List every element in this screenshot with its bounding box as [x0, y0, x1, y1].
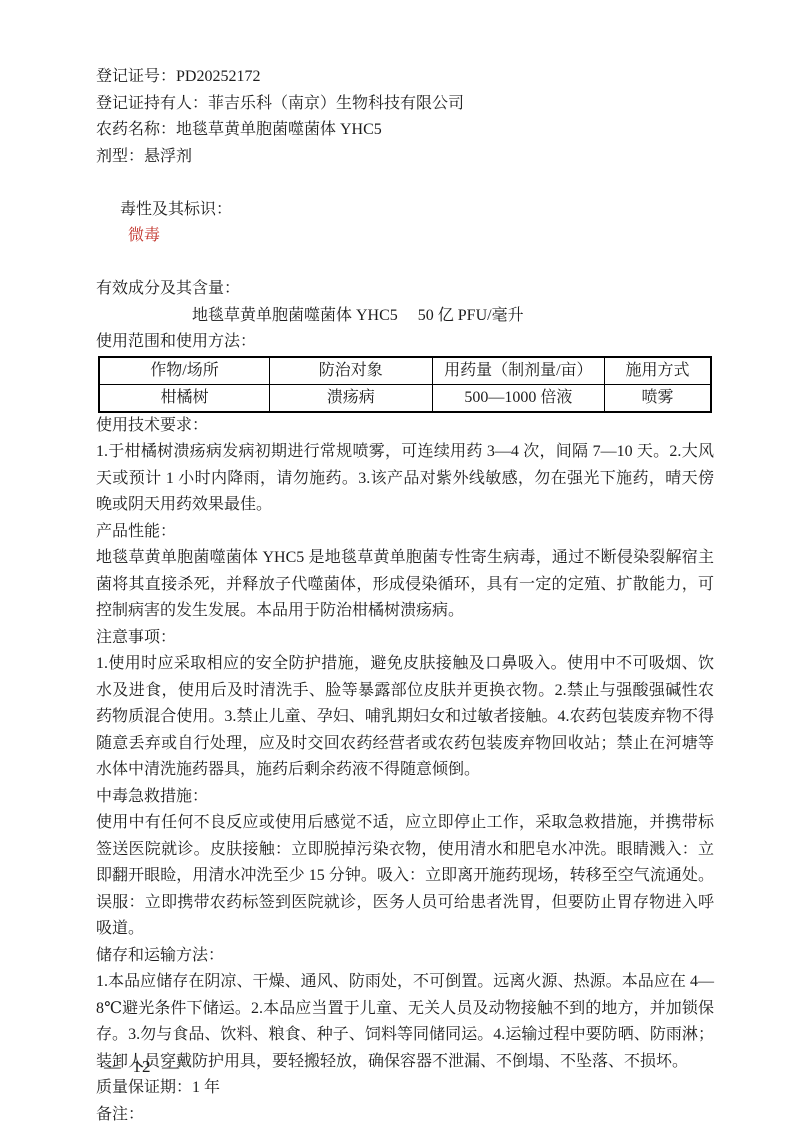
section-title: 中毒急救措施： [96, 784, 714, 811]
document-page: 登记证号：PD20252172 登记证持有人：菲吉乐科（南京）生物科技有限公司 … [0, 0, 794, 1123]
table-row: 柑橘树 溃疡病 500—1000 倍液 喷雾 [99, 384, 711, 412]
section-title: 产品性能： [96, 519, 714, 546]
ingredient-heading: 有效成分及其含量： [96, 276, 714, 303]
section-body: 1.使用时应采取相应的安全防护措施，避免皮肤接触及口鼻吸入。使用中不可吸烟、饮水… [96, 651, 714, 784]
section-title: 注意事项： [96, 625, 714, 652]
document-content: 登记证号：PD20252172 登记证持有人：菲吉乐科（南京）生物科技有限公司 … [96, 64, 714, 1123]
toxicity-label: 毒性及其标识： [120, 201, 232, 218]
section-product-performance: 产品性能： 地毯草黄单胞菌噬菌体 YHC5 是地毯草黄单胞菌专性寄生病毒，通过不… [96, 519, 714, 625]
section-body: 1.本品应储存在阴凉、干燥、通风、防雨处，不可倒置。远离火源、热源。本品应在 4… [96, 969, 714, 1075]
table-header-control-target: 防治对象 [270, 357, 433, 385]
table-cell-crop: 柑橘树 [99, 384, 270, 412]
section-precautions: 注意事项： 1.使用时应采取相应的安全防护措施，避免皮肤接触及口鼻吸入。使用中不… [96, 625, 714, 784]
table-header-dosage: 用药量（制剂量/亩） [432, 357, 605, 385]
field-registration-holder: 登记证持有人：菲吉乐科（南京）生物科技有限公司 [96, 91, 714, 118]
section-body: 地毯草黄单胞菌噬菌体 YHC5 是地毯草黄单胞菌专性寄生病毒，通过不断侵染裂解宿… [96, 545, 714, 625]
quality-guarantee-line: 质量保证期：1 年 [96, 1075, 714, 1102]
field-pesticide-name: 农药名称：地毯草黄单胞菌噬菌体 YHC5 [96, 117, 714, 144]
table-header-crop-site: 作物/场所 [99, 357, 270, 385]
page-number: — 12 — [104, 1057, 180, 1077]
section-title: 储存和运输方法： [96, 943, 714, 970]
section-title: 使用技术要求： [96, 413, 714, 440]
table-cell-disease: 溃疡病 [270, 384, 433, 412]
table-cell-method: 喷雾 [605, 384, 711, 412]
field-formulation-type: 剂型：悬浮剂 [96, 144, 714, 171]
field-registration-number: 登记证号：PD20252172 [96, 64, 714, 91]
toxicity-value: 微毒 [128, 227, 160, 244]
section-storage-transport: 储存和运输方法： 1.本品应储存在阴凉、干燥、通风、防雨处，不可倒置。远离火源、… [96, 943, 714, 1076]
section-first-aid: 中毒急救措施： 使用中有任何不良反应或使用后感觉不适，应立即停止工作，采取急救措… [96, 784, 714, 943]
table-cell-dosage: 500—1000 倍液 [432, 384, 605, 412]
table-header-application-method: 施用方式 [605, 357, 711, 385]
usage-scope-heading: 使用范围和使用方法： [96, 329, 714, 356]
section-body: 1.于柑橘树溃疡病发病初期进行常规喷雾，可连续用药 3—4 次，间隔 7—10 … [96, 439, 714, 519]
field-toxicity: 毒性及其标识： 微毒 [96, 170, 714, 276]
remarks-line: 备注： [96, 1102, 714, 1123]
section-technical-requirements: 使用技术要求： 1.于柑橘树溃疡病发病初期进行常规喷雾，可连续用药 3—4 次，… [96, 413, 714, 519]
section-body: 使用中有任何不良反应或使用后感觉不适，应立即停止工作，采取急救措施，并携带标签送… [96, 810, 714, 943]
ingredient-content: 地毯草黄单胞菌噬菌体 YHC5 50 亿 PFU/毫升 [96, 303, 714, 330]
usage-table-header-row: 作物/场所 防治对象 用药量（制剂量/亩） 施用方式 [99, 357, 711, 385]
usage-table: 作物/场所 防治对象 用药量（制剂量/亩） 施用方式 柑橘树 溃疡病 500—1… [98, 356, 712, 413]
